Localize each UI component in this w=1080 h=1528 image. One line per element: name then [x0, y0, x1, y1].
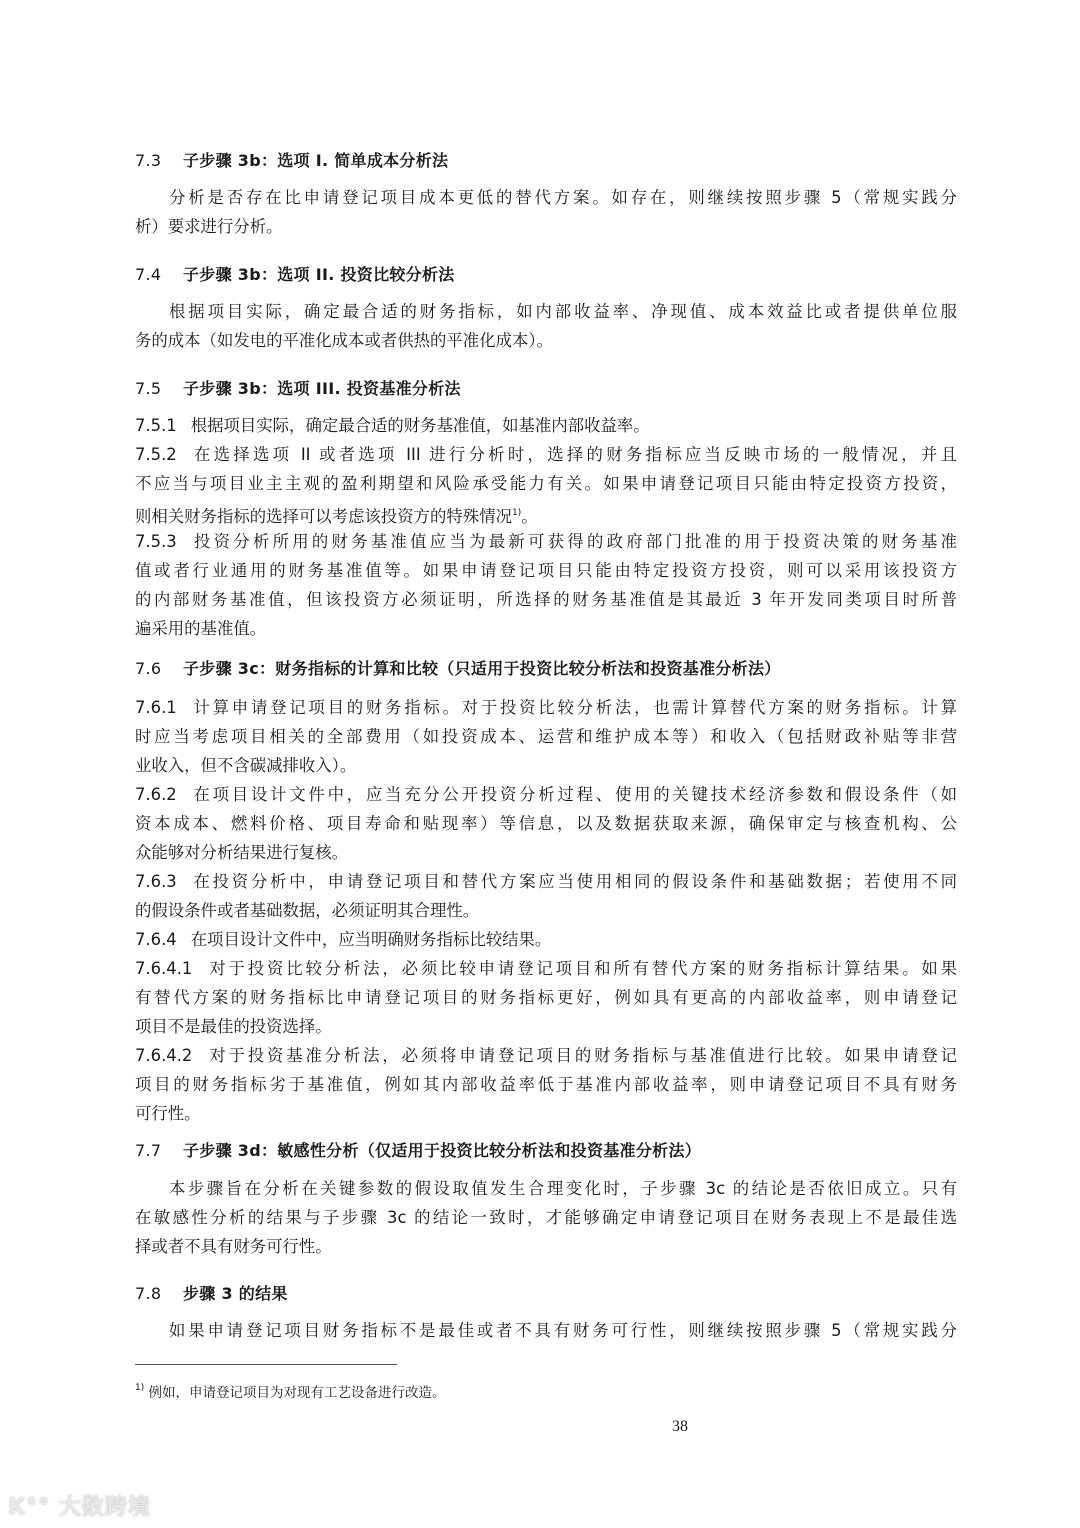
- clause-7-6-4-1: 7.6.4.1对于投资比较分析法，必须比较申请登记项目和所有替代方案的财务指标计…: [135, 956, 957, 982]
- clause-7-5-2: 7.5.2在选择选项 II 或者选项 III 进行分析时，选择的财务指标应当反映…: [135, 442, 957, 468]
- paragraph-line: 在敏感性分析的结果与子步骤 3c 的结论一致时，才能够确定申请登记项目在财务表现…: [135, 1205, 957, 1231]
- paragraph-line: 有替代方案的财务指标比申请登记项目的财务指标更好，例如具有更高的内部收益率，则申…: [135, 985, 957, 1011]
- footnote: 1) 例如，申请登记项目为对现有工艺设备进行改造。: [135, 1381, 446, 1401]
- paragraph-line: 众能够对分析结果进行复核。: [135, 840, 957, 866]
- heading-7-5: 7.5子步骤 3b：选项 III. 投资基准分析法: [135, 376, 461, 399]
- paragraph-line: 的假设条件或者基础数据，必须证明其合理性。: [135, 898, 957, 924]
- heading-7-7: 7.7子步骤 3d：敏感性分析（仅适用于投资比较分析法和投资基准分析法）: [135, 1138, 701, 1161]
- paragraph-line: 业收入，但不含碳减排收入）。: [135, 753, 957, 779]
- clause-7-5-3: 7.5.3投资分析所用的财务基准值应当为最新可获得的政府部门批准的用于投资决策的…: [135, 529, 957, 555]
- paragraph-line: 项目的财务指标劣于基准值，例如其内部收益率低于基准内部收益率，则申请登记项目不具…: [135, 1072, 957, 1098]
- paragraph-line: 择或者不具有财务可行性。: [135, 1234, 957, 1260]
- paragraph-line: 可行性。: [135, 1101, 957, 1127]
- heading-7-4: 7.4子步骤 3b：选项 II. 投资比较分析法: [135, 262, 455, 285]
- paragraph-line: 的内部财务基准值，但该投资方必须证明，所选择的财务基准值是其最近 3 年开发同类…: [135, 587, 957, 613]
- footnote-ref[interactable]: 1): [512, 508, 521, 518]
- paragraph-line: 项目不是最佳的投资选择。: [135, 1014, 957, 1040]
- page-number: 38: [672, 1418, 688, 1436]
- paragraph-line: 值或者行业通用的财务基准值等。如果申请登记项目只能由特定投资方投资，则可以采用该…: [135, 558, 957, 584]
- clause-7-6-4-2: 7.6.4.2对于投资基准分析法，必须将申请登记项目的财务指标与基准值进行比较。…: [135, 1043, 957, 1069]
- clause-7-6-2: 7.6.2在项目设计文件中，应当充分公开投资分析过程、使用的关键技术经济参数和假…: [135, 782, 957, 808]
- clause-7-5-1: 7.5.1根据项目实际，确定最合适的财务基准值，如基准内部收益率。: [135, 413, 957, 439]
- paragraph-line: 务的成本（如发电的平准化成本或者供热的平准化成本）。: [135, 328, 957, 354]
- logo-icon: K°°: [8, 1495, 50, 1520]
- footnote-divider: [135, 1364, 397, 1365]
- paragraph-line: 时应当考虑项目相关的全部费用（如投资成本、运营和维护成本等）和收入（包括财政补贴…: [135, 724, 957, 750]
- paragraph-line: 则相关财务指标的选择可以考虑该投资方的特殊情况1)。: [135, 500, 957, 530]
- heading-7-8: 7.8步骤 3 的结果: [135, 1281, 288, 1304]
- paragraph-line: 析）要求进行分析。: [135, 214, 957, 240]
- paragraph-line: 资本成本、燃料价格、项目寿命和贴现率）等信息，以及数据获取来源，确保审定与核查机…: [135, 811, 957, 837]
- watermark-logo: K°° 大数跨境: [8, 1490, 151, 1521]
- paragraph-line: 根据项目实际，确定最合适的财务指标，如内部收益率、净现值、成本效益比或者提供单位…: [135, 299, 957, 325]
- paragraph-line: 遍采用的基准值。: [135, 616, 957, 642]
- paragraph-line: 不应当与项目业主主观的盈利期望和风险承受能力有关。如果申请登记项目只能由特定投资…: [135, 471, 957, 497]
- heading-7-3: 7.3子步骤 3b：选项 I. 简单成本分析法: [135, 148, 448, 171]
- clause-7-6-3: 7.6.3在投资分析中，申请登记项目和替代方案应当使用相同的假设条件和基础数据；…: [135, 869, 957, 895]
- clause-7-6-4: 7.6.4在项目设计文件中，应当明确财务指标比较结果。: [135, 927, 957, 953]
- paragraph-line: 分析是否存在比申请登记项目成本更低的替代方案。如存在，则继续按照步骤 5（常规实…: [135, 185, 957, 211]
- heading-7-6: 7.6子步骤 3c：财务指标的计算和比较（只适用于投资比较分析法和投资基准分析法…: [135, 656, 781, 679]
- paragraph-line: 如果申请登记项目财务指标不是最佳或者不具有财务可行性，则继续按照步骤 5（常规实…: [135, 1318, 957, 1344]
- paragraph-line: 本步骤旨在分析在关键参数的假设取值发生合理变化时，子步骤 3c 的结论是否依旧成…: [135, 1176, 957, 1202]
- clause-7-6-1: 7.6.1计算申请登记项目的财务指标。对于投资比较分析法，也需计算替代方案的财务…: [135, 695, 957, 721]
